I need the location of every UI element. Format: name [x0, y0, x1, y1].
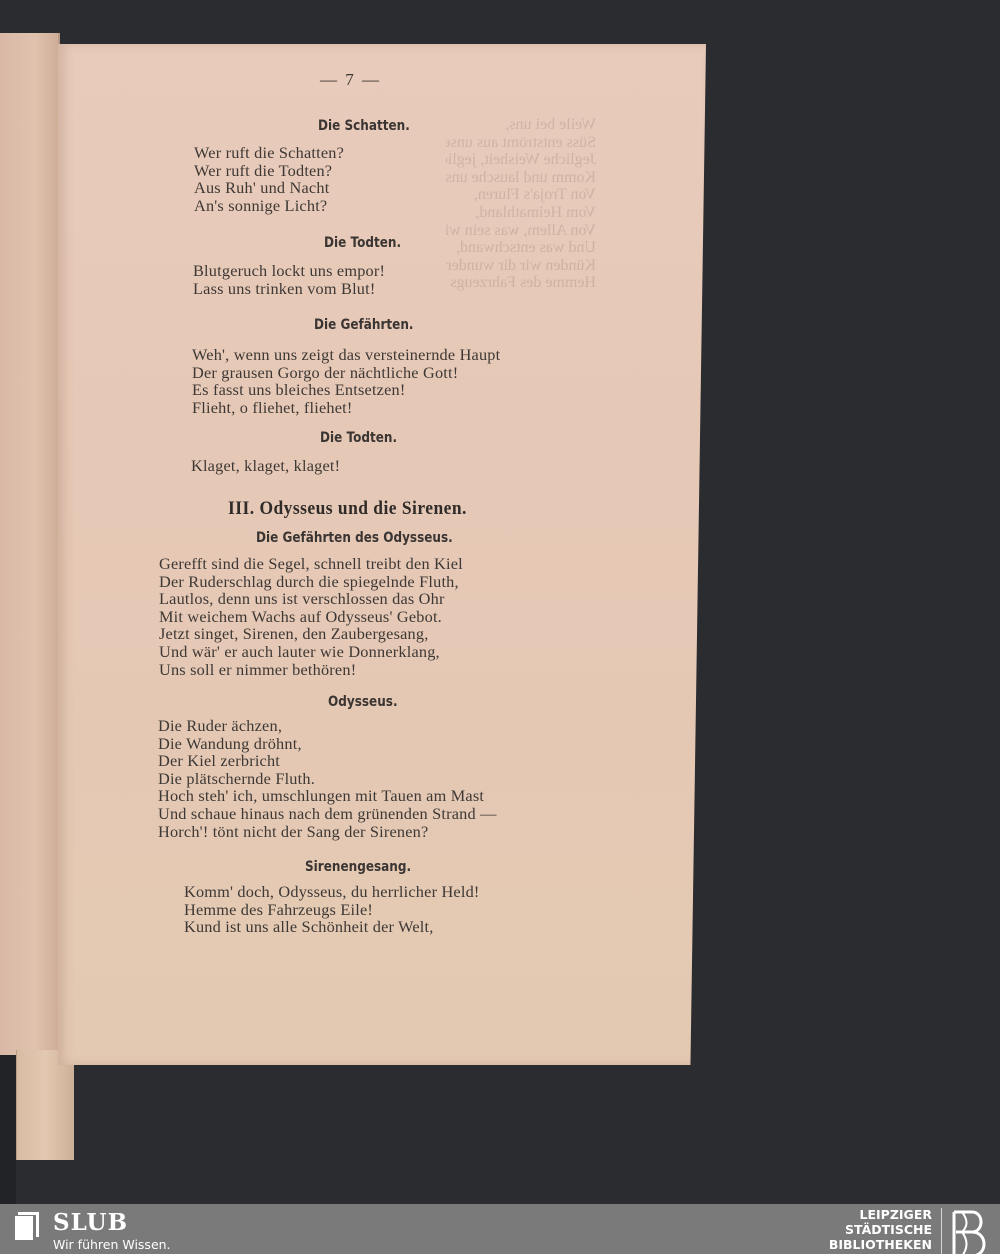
binding-shadow [0, 1055, 16, 1205]
book-page: Weile bei uns, Süss entströmt aus unsere… [58, 44, 706, 1065]
speaker-heading: Die Todten. [324, 235, 401, 251]
slub-book-icon [13, 1211, 41, 1241]
verse-block: Weh', wenn uns zeigt das versteinernde H… [192, 346, 500, 416]
lsb-b-logo-icon [950, 1210, 990, 1254]
speaker-heading: Die Todten. [320, 430, 397, 446]
page-number: — 7 — [320, 70, 381, 90]
brand-divider [941, 1208, 942, 1254]
speaker-heading: Die Gefährten. [314, 317, 413, 333]
verse-block: Klaget, klaget, klaget! [191, 457, 340, 475]
speaker-heading: Die Gefährten des Odysseus. [256, 530, 453, 546]
verse-block: Blutgeruch lockt uns empor!Lass uns trin… [193, 262, 385, 297]
speaker-heading: Odysseus. [328, 694, 398, 710]
lsb-brand-text: LEIPZIGER STÄDTISCHE BIBLIOTHEKEN [829, 1207, 932, 1252]
verse-block: Gerefft sind die Segel, schnell treibt d… [159, 555, 463, 678]
verse-block: Komm' doch, Odysseus, du herrlicher Held… [184, 883, 480, 936]
footer-bar: SLUB Wir führen Wissen. LEIPZIGER STÄDTI… [0, 1204, 1000, 1254]
binding-strip [16, 1050, 74, 1160]
verse-block: Wer ruft die Schatten?Wer ruft die Todte… [194, 144, 344, 214]
verse-block: Die Ruder ächzen,Die Wandung dröhnt,Der … [158, 717, 497, 840]
speaker-heading: Die Schatten. [318, 118, 410, 134]
section-title: III. Odysseus und die Sirenen. [228, 498, 467, 520]
slub-name: SLUB [53, 1209, 128, 1236]
slub-tagline: Wir führen Wissen. [53, 1237, 171, 1252]
page-content: — 7 — Die Schatten. Wer ruft die Schatte… [58, 44, 706, 1065]
speaker-heading: Sirenengesang. [305, 859, 411, 875]
facing-page-edge [0, 33, 60, 1055]
